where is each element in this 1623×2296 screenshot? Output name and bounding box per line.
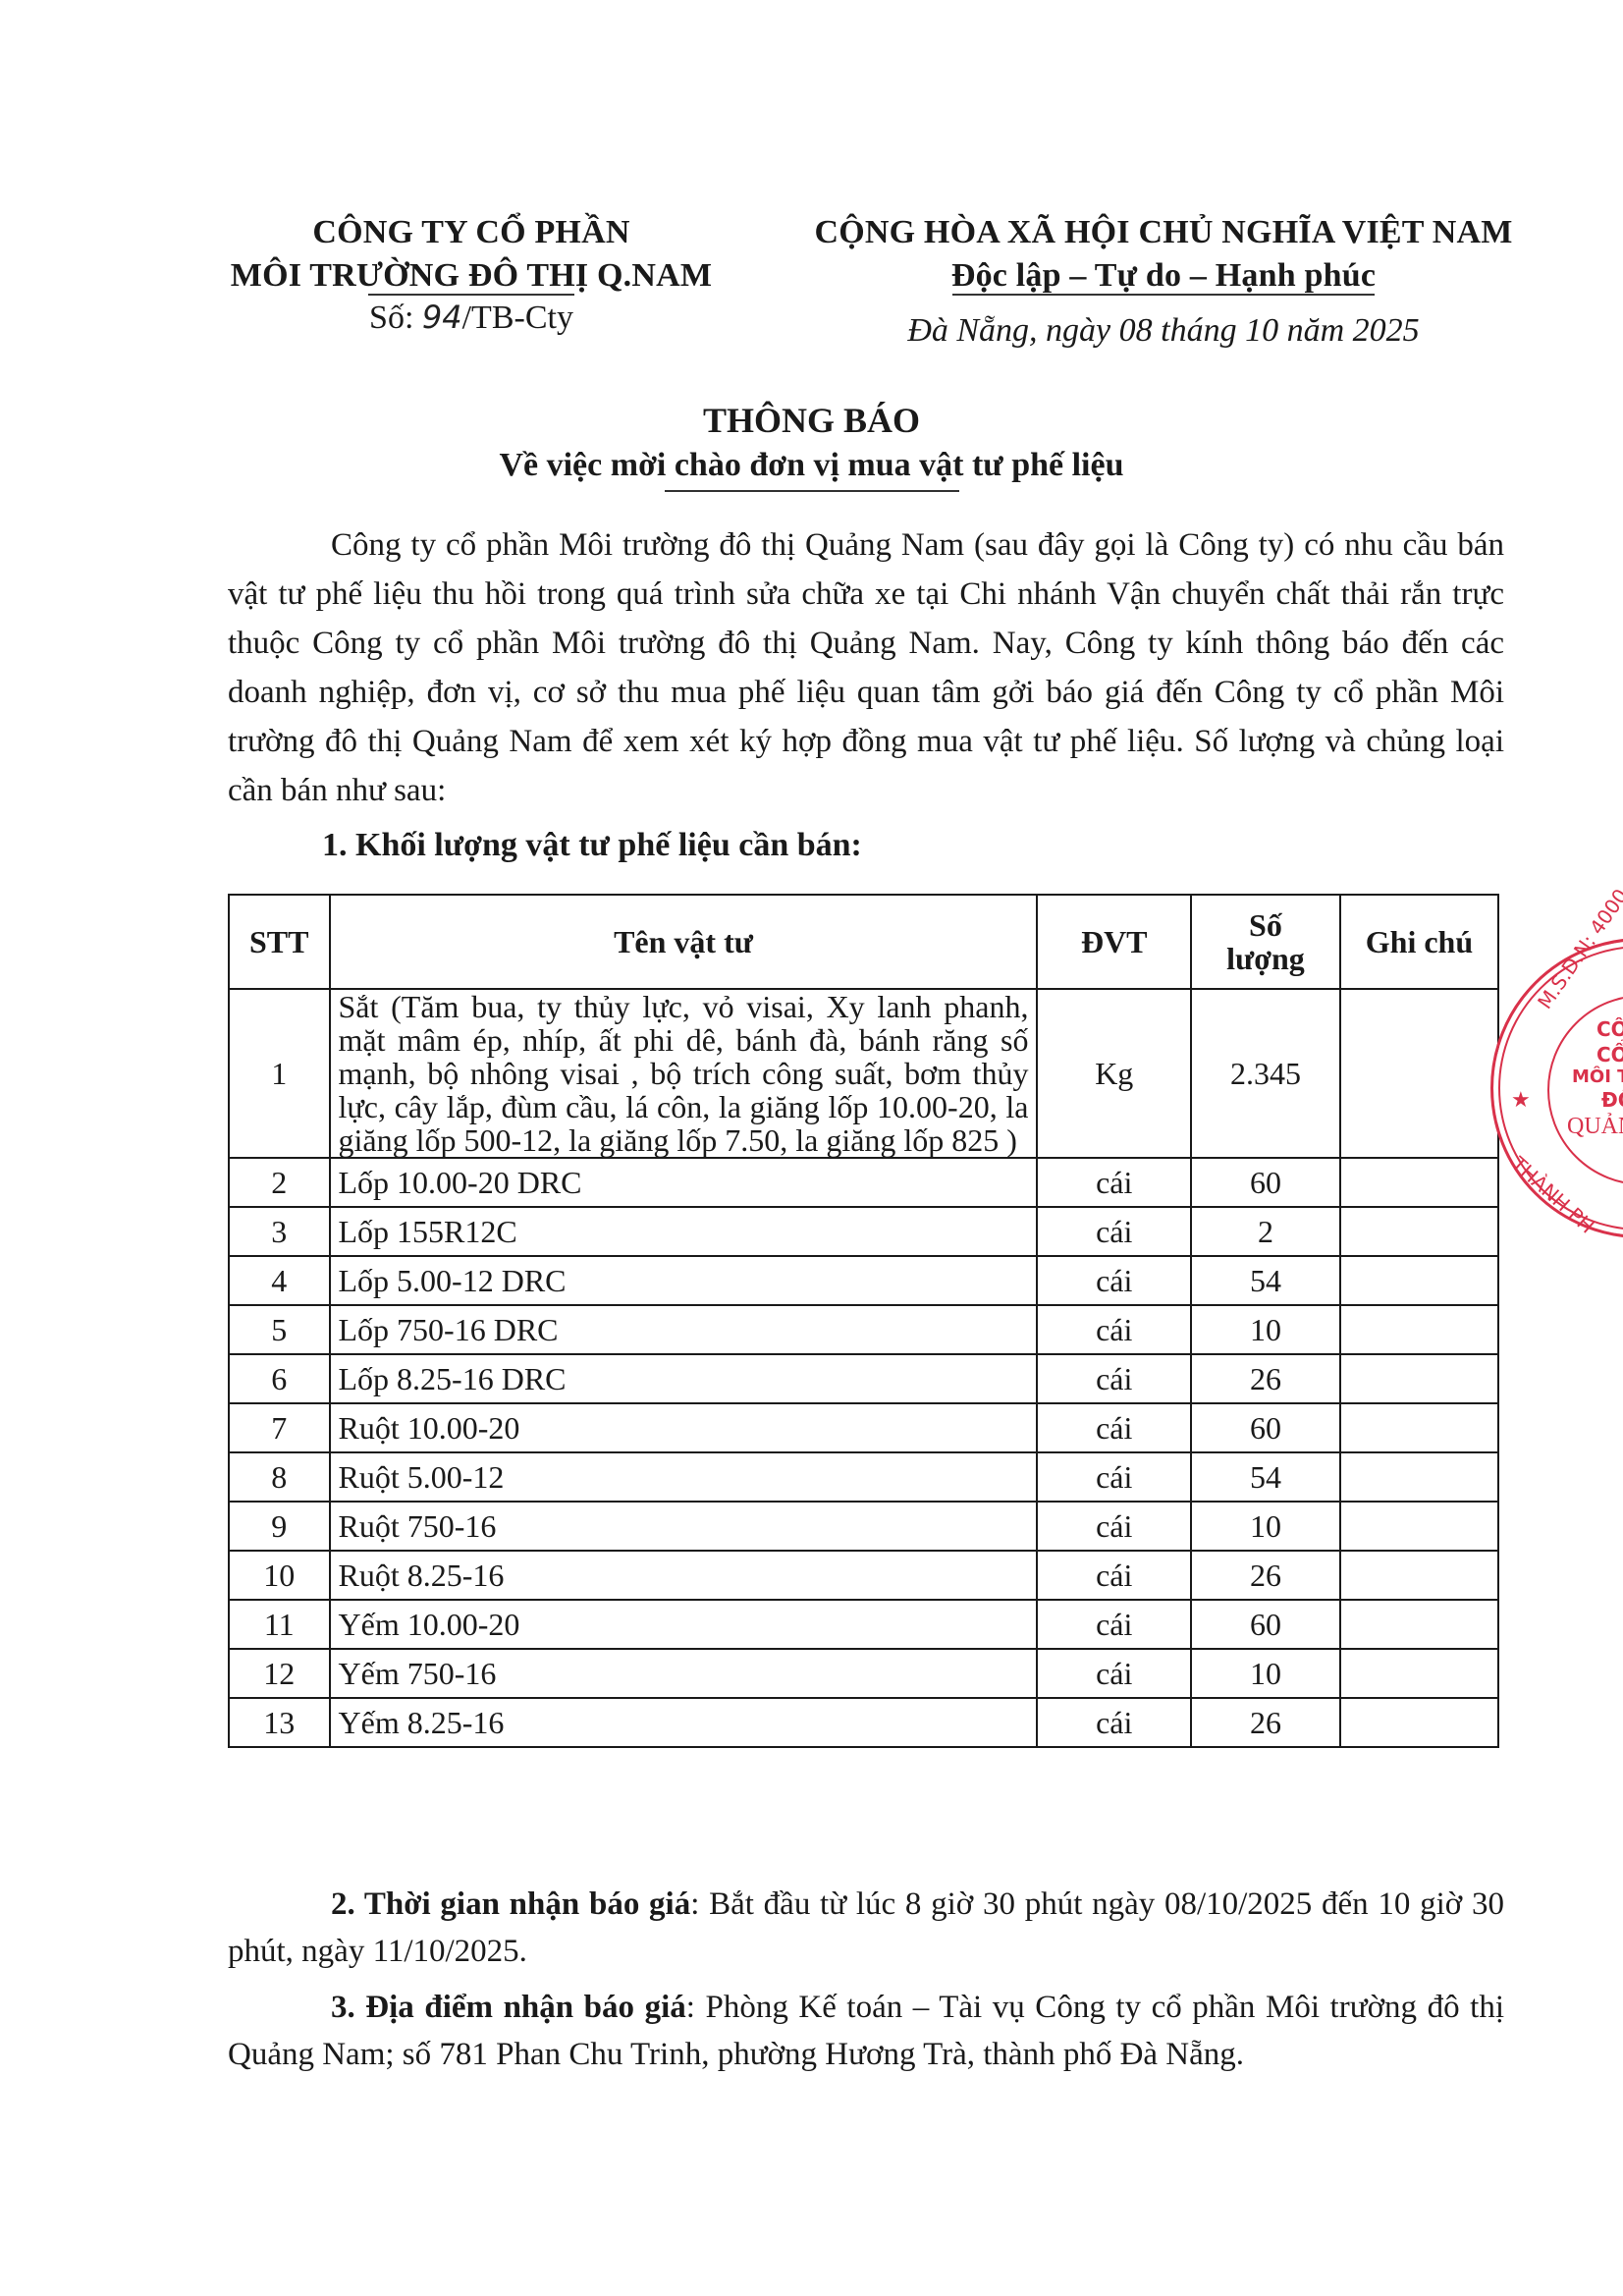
cell-note [1340, 1551, 1498, 1600]
table-row: 13Yếm 8.25-16cái26 [229, 1698, 1498, 1747]
section-3-location: 3. Địa điểm nhận báo giá: Phòng Kế toán … [228, 1984, 1504, 2078]
seal-line-4: ĐÔ [1601, 1088, 1623, 1112]
table-row: 3Lốp 155R12Ccái2 [229, 1207, 1498, 1256]
section-1-heading: 1. Khối lượng vật tư phế liệu cần bán: [322, 823, 862, 868]
cell-qty: 60 [1191, 1600, 1340, 1649]
cell-unit: cái [1037, 1256, 1191, 1305]
table-row: 1Sắt (Tăm bua, ty thủy lực, vỏ visai, Xy… [229, 989, 1498, 1158]
cell-note [1340, 1256, 1498, 1305]
issuer-line-2: MÔI TRƯỜNG ĐÔ THỊ Q.NAM [196, 254, 746, 298]
cell-stt: 11 [229, 1600, 330, 1649]
cell-unit: cái [1037, 1354, 1191, 1403]
cell-note [1340, 1649, 1498, 1698]
document-date: Đà Nẵng, ngày 08 tháng 10 năm 2025 [776, 309, 1551, 353]
cell-note [1340, 1403, 1498, 1452]
cell-stt: 5 [229, 1305, 330, 1354]
cell-qty: 26 [1191, 1551, 1340, 1600]
doc-no-handwritten: 94 [422, 299, 462, 336]
cell-unit: cái [1037, 1551, 1191, 1600]
national-motto: Độc lập – Tự do – Hạnh phúc [776, 254, 1551, 298]
cell-qty: 2 [1191, 1207, 1340, 1256]
cell-note [1340, 1502, 1498, 1551]
col-name: Tên vật tư [330, 895, 1038, 989]
cell-stt: 9 [229, 1502, 330, 1551]
cell-qty: 54 [1191, 1452, 1340, 1502]
national-title: CỘNG HÒA XÃ HỘI CHỦ NGHĨA VIỆT NAM [776, 211, 1551, 254]
cell-name: Lốp 8.25-16 DRC [330, 1354, 1038, 1403]
document-title-block: THÔNG BÁO Về việc mời chào đơn vị mua vậ… [0, 398, 1623, 492]
cell-stt: 10 [229, 1551, 330, 1600]
cell-name: Lốp 750-16 DRC [330, 1305, 1038, 1354]
cell-name: Yếm 10.00-20 [330, 1600, 1038, 1649]
cell-name: Ruột 750-16 [330, 1502, 1038, 1551]
section-2-label: 2. Thời gian nhận báo giá [331, 1886, 690, 1922]
doc-no-suffix: /TB-Cty [462, 300, 573, 336]
table-row: 5Lốp 750-16 DRCcái10 [229, 1305, 1498, 1354]
cell-name: Ruột 10.00-20 [330, 1403, 1038, 1452]
table-row: 7Ruột 10.00-20cái60 [229, 1403, 1498, 1452]
cell-note [1340, 1158, 1498, 1207]
table-body: 1Sắt (Tăm bua, ty thủy lực, vỏ visai, Xy… [229, 989, 1498, 1747]
date-mid: tháng [1153, 312, 1245, 349]
seal-line-5: QUẢN [1567, 1114, 1623, 1140]
col-qty: Số lượng [1191, 895, 1340, 989]
col-note: Ghi chú [1340, 895, 1498, 989]
table-row: 9Ruột 750-16cái10 [229, 1502, 1498, 1551]
cell-note [1340, 1305, 1498, 1354]
section-2-receive-time: 2. Thời gian nhận báo giá: Bắt đầu từ lú… [228, 1881, 1504, 1975]
cell-note [1340, 1698, 1498, 1747]
seal-line-1: CÔ [1596, 1017, 1623, 1041]
section-3-label: 3. Địa điểm nhận báo giá [331, 1990, 686, 2025]
date-day: 08 [1119, 312, 1153, 349]
company-seal: M.S.D.N: 4000 ★ THÀNH PH CÔ CỔ MÔI T ĐÔ … [1490, 938, 1623, 1238]
cell-qty: 54 [1191, 1256, 1340, 1305]
seal-line-2: CỔ [1596, 1043, 1623, 1066]
date-month: 10 [1245, 312, 1278, 349]
cell-stt: 4 [229, 1256, 330, 1305]
cell-qty: 26 [1191, 1354, 1340, 1403]
col-unit: ĐVT [1037, 895, 1191, 989]
date-suffix: năm 2025 [1278, 312, 1420, 349]
cell-stt: 3 [229, 1207, 330, 1256]
cell-name: Lốp 5.00-12 DRC [330, 1256, 1038, 1305]
cell-stt: 13 [229, 1698, 330, 1747]
cell-unit: cái [1037, 1305, 1191, 1354]
cell-stt: 8 [229, 1452, 330, 1502]
cell-unit: cái [1037, 1403, 1191, 1452]
cell-unit: cái [1037, 1649, 1191, 1698]
cell-stt: 7 [229, 1403, 330, 1452]
cell-name: Lốp 155R12C [330, 1207, 1038, 1256]
table-row: 12Yếm 750-16cái10 [229, 1649, 1498, 1698]
subject-underline [665, 490, 959, 492]
doc-no-prefix: Số: [369, 300, 422, 336]
cell-note [1340, 1354, 1498, 1403]
cell-unit: cái [1037, 1207, 1191, 1256]
cell-note [1340, 1452, 1498, 1502]
cell-qty: 26 [1191, 1698, 1340, 1747]
table-row: 11Yếm 10.00-20cái60 [229, 1600, 1498, 1649]
cell-name: Ruột 8.25-16 [330, 1551, 1038, 1600]
cell-stt: 6 [229, 1354, 330, 1403]
seal-ring-top-text: M.S.D.N: 4000 [1533, 885, 1623, 1013]
table-row: 10Ruột 8.25-16cái26 [229, 1551, 1498, 1600]
cell-note [1340, 989, 1498, 1158]
cell-unit: cái [1037, 1502, 1191, 1551]
document-title: THÔNG BÁO [0, 398, 1623, 443]
cell-name: Sắt (Tăm bua, ty thủy lực, vỏ visai, Xy … [330, 989, 1038, 1158]
cell-name: Ruột 5.00-12 [330, 1452, 1038, 1502]
col-qty-line-2: lượng [1200, 942, 1331, 975]
document-number: Số: 94/TB-Cty [196, 296, 746, 340]
cell-qty: 10 [1191, 1502, 1340, 1551]
cell-qty: 10 [1191, 1649, 1340, 1698]
table-row: 8Ruột 5.00-12cái54 [229, 1452, 1498, 1502]
cell-stt: 1 [229, 989, 330, 1158]
cell-stt: 12 [229, 1649, 330, 1698]
cell-unit: Kg [1037, 989, 1191, 1158]
col-qty-line-1: Số [1200, 908, 1331, 942]
col-stt: STT [229, 895, 330, 989]
cell-stt: 2 [229, 1158, 330, 1207]
issuer-line-1: CÔNG TY CỔ PHẦN [196, 211, 746, 254]
document-subject: Về việc mời chào đơn vị mua vật tư phế l… [0, 443, 1623, 488]
intro-paragraph: Công ty cổ phần Môi trường đô thị Quảng … [228, 520, 1504, 815]
cell-note [1340, 1207, 1498, 1256]
issuer-block: CÔNG TY CỔ PHẦN MÔI TRƯỜNG ĐÔ THỊ Q.NAM … [196, 211, 746, 340]
table-row: 2Lốp 10.00-20 DRCcái60 [229, 1158, 1498, 1207]
cell-unit: cái [1037, 1158, 1191, 1207]
table-row: 4Lốp 5.00-12 DRCcái54 [229, 1256, 1498, 1305]
cell-unit: cái [1037, 1452, 1191, 1502]
table-header-row: STT Tên vật tư ĐVT Số lượng Ghi chú [229, 895, 1498, 989]
cell-name: Yếm 8.25-16 [330, 1698, 1038, 1747]
table-row: 6Lốp 8.25-16 DRCcái26 [229, 1354, 1498, 1403]
cell-name: Lốp 10.00-20 DRC [330, 1158, 1038, 1207]
cell-unit: cái [1037, 1698, 1191, 1747]
date-prefix: Đà Nẵng, ngày [907, 312, 1118, 349]
cell-name: Yếm 750-16 [330, 1649, 1038, 1698]
seal-line-3: MÔI T [1572, 1066, 1623, 1087]
cell-qty: 60 [1191, 1403, 1340, 1452]
cell-note [1340, 1600, 1498, 1649]
cell-unit: cái [1037, 1600, 1191, 1649]
cell-qty: 2.345 [1191, 989, 1340, 1158]
seal-star-icon: ★ [1511, 1088, 1531, 1113]
cell-qty: 60 [1191, 1158, 1340, 1207]
cell-qty: 10 [1191, 1305, 1340, 1354]
scrap-items-table: STT Tên vật tư ĐVT Số lượng Ghi chú 1Sắt… [228, 894, 1499, 1748]
national-header: CỘNG HÒA XÃ HỘI CHỦ NGHĨA VIỆT NAM Độc l… [776, 211, 1551, 353]
